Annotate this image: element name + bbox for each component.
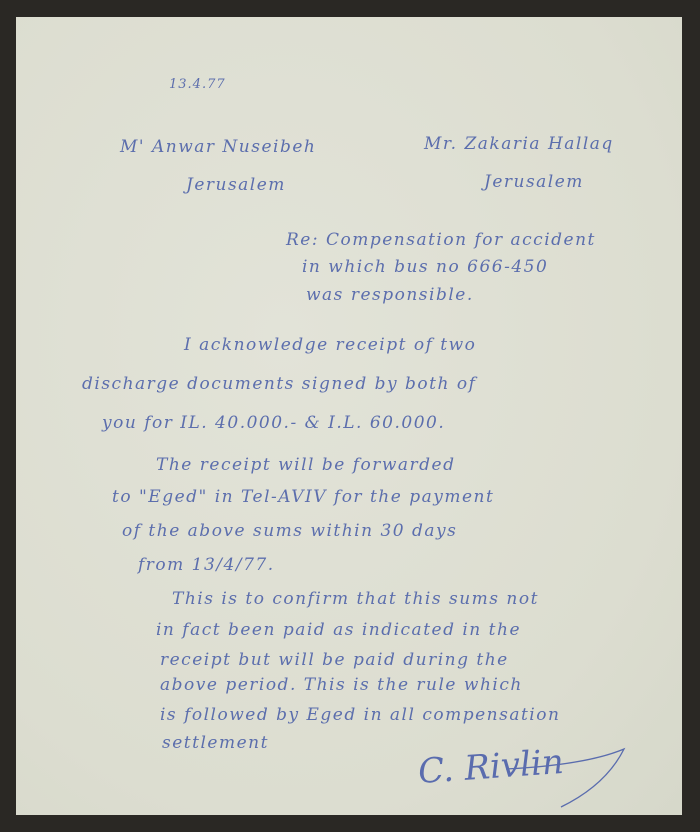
subject-line-1: Re: Compensation for accident <box>286 230 596 250</box>
paragraph-2-line-3: of the above sums within 30 days <box>122 521 457 541</box>
paragraph-1-line-1: I acknowledge receipt of two <box>184 335 476 355</box>
recipient-right-city: Jerusalem <box>484 172 584 192</box>
paragraph-2-line-1: The receipt will be forwarded <box>156 455 455 475</box>
paragraph-3-line-3: receipt but will be paid during the <box>160 650 509 670</box>
subject-line-3: was responsible. <box>306 285 474 305</box>
paragraph-1-line-3: you for IL. 40.000.- & I.L. 60.000. <box>102 413 445 433</box>
paragraph-3-line-5: is followed by Eged in all compensation <box>160 705 560 725</box>
letter-page: 13.4.77 M' Anwar Nuseibeh Jerusalem Mr. … <box>16 17 682 815</box>
letter-date: 13.4.77 <box>169 77 226 92</box>
paragraph-1-line-2: discharge documents signed by both of <box>82 374 476 394</box>
paragraph-3-line-4: above period. This is the rule which <box>160 675 523 695</box>
paragraph-3-line-2: in fact been paid as indicated in the <box>156 620 521 640</box>
recipient-right-name: Mr. Zakaria Hallaq <box>424 134 614 154</box>
signature-flourish <box>466 745 636 825</box>
subject-line-2: in which bus no 666-450 <box>302 257 548 277</box>
paragraph-3-line-1: This is to confirm that this sums not <box>172 589 539 609</box>
paragraph-3-line-6: settlement <box>162 733 269 753</box>
paragraph-2-line-4: from 13/4/77. <box>138 555 275 575</box>
recipient-left-name: M' Anwar Nuseibeh <box>120 137 316 157</box>
paragraph-2-line-2: to "Eged" in Tel-AVIV for the payment <box>112 487 494 507</box>
recipient-left-city: Jerusalem <box>186 175 286 195</box>
